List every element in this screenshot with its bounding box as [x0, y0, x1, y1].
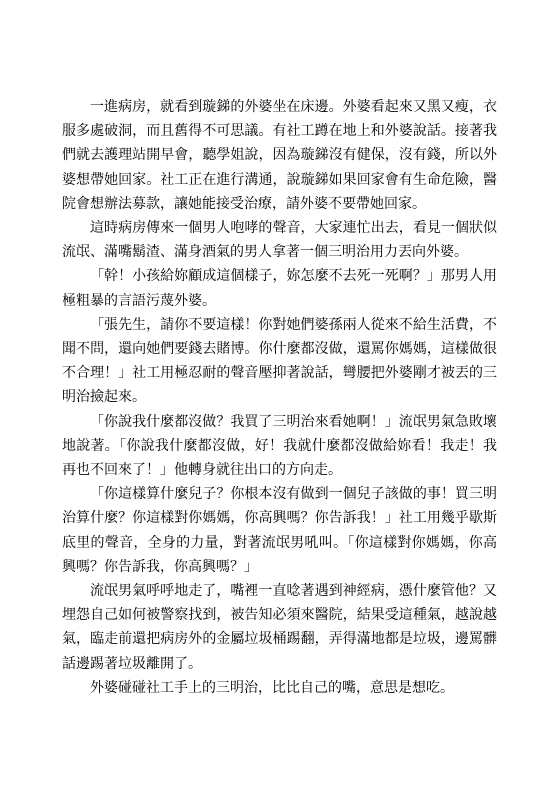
paragraph-8: 外婆碰碰社工手上的三明治，比比自己的嘴，意思是想吃。	[62, 677, 497, 701]
paragraph-6: 「你這樣算什麼兒子？你根本沒有做到一個兒子該做的事！買三明治算什麼？你這樣對你媽…	[62, 483, 497, 580]
document-page: 一進病房，就看到璇銻的外婆坐在床邊。外婆看起來又黑又瘦，衣服多處破洞，而且舊得不…	[0, 0, 559, 794]
paragraph-7: 流氓男氣呼呼地走了，嘴裡一直唸著遇到神經病，憑什麼管他？又埋怨自己如何被警察找到…	[62, 580, 497, 677]
paragraph-1: 一進病房，就看到璇銻的外婆坐在床邊。外婆看起來又黑又瘦，衣服多處破洞，而且舊得不…	[62, 96, 497, 217]
paragraph-5: 「你說我什麼都沒做？我買了三明治來看她啊！」流氓男氣急敗壞地說著。「你說我什麼都…	[62, 411, 497, 484]
paragraph-3: 「幹！小孩給妳顧成這個樣子，妳怎麼不去死一死啊？」那男人用極粗暴的言語污蔑外婆。	[62, 265, 497, 313]
paragraph-4: 「張先生，請你不要這樣！你對她們婆孫兩人從來不給生活費，不聞不問，還向她們要錢去…	[62, 314, 497, 411]
text-content: 一進病房，就看到璇銻的外婆坐在床邊。外婆看起來又黑又瘦，衣服多處破洞，而且舊得不…	[62, 96, 497, 701]
paragraph-2: 這時病房傳來一個男人咆哮的聲音，大家連忙出去，看見一個狀似流氓、滿嘴鬍渣、滿身酒…	[62, 217, 497, 265]
